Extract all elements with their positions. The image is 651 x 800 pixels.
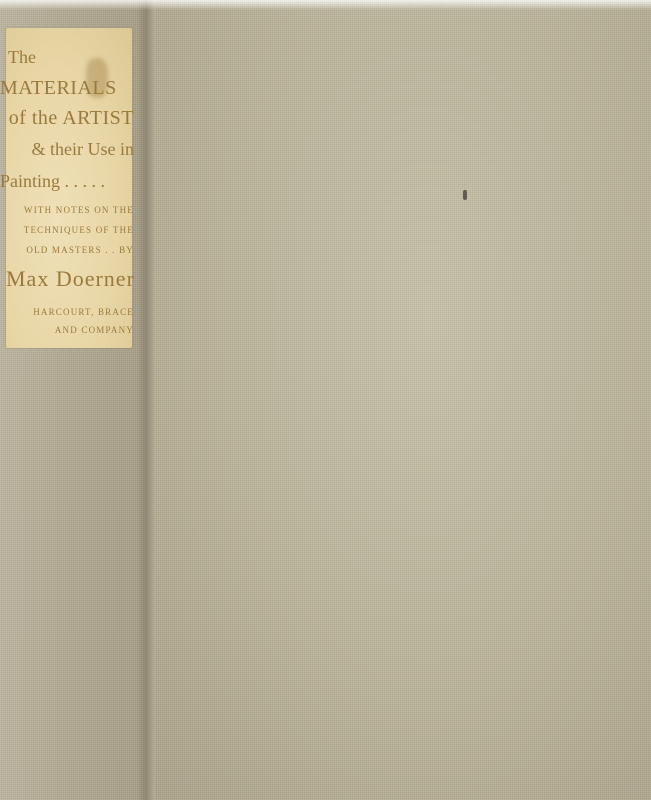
label-subtitle-2: TECHNIQUES OF THE: [6, 226, 134, 235]
label-title-materials: MATERIALS: [0, 78, 128, 98]
top-edge-highlight: [0, 0, 651, 10]
cover-blemish: [463, 190, 467, 200]
spine-hinge: [145, 0, 155, 800]
front-cover: [155, 0, 651, 800]
spine-paper-label: The MATERIALS of the ARTIST & their Use …: [6, 28, 132, 348]
label-the: The: [8, 48, 136, 66]
label-publisher-1: HARCOURT, BRACE: [6, 308, 134, 317]
book-photo: The MATERIALS of the ARTIST & their Use …: [0, 0, 651, 800]
label-author: Max Doerner: [6, 268, 134, 290]
label-subtitle-1: WITH NOTES ON THE: [6, 206, 134, 215]
label-subtitle-3: OLD MASTERS . . BY: [6, 246, 134, 255]
label-title-their-use: & their Use in: [6, 140, 134, 158]
label-title-of-the-artist: of the ARTIST: [6, 108, 134, 128]
label-title-painting: Painting . . . . .: [0, 172, 128, 190]
label-publisher-2: AND COMPANY: [6, 326, 134, 335]
